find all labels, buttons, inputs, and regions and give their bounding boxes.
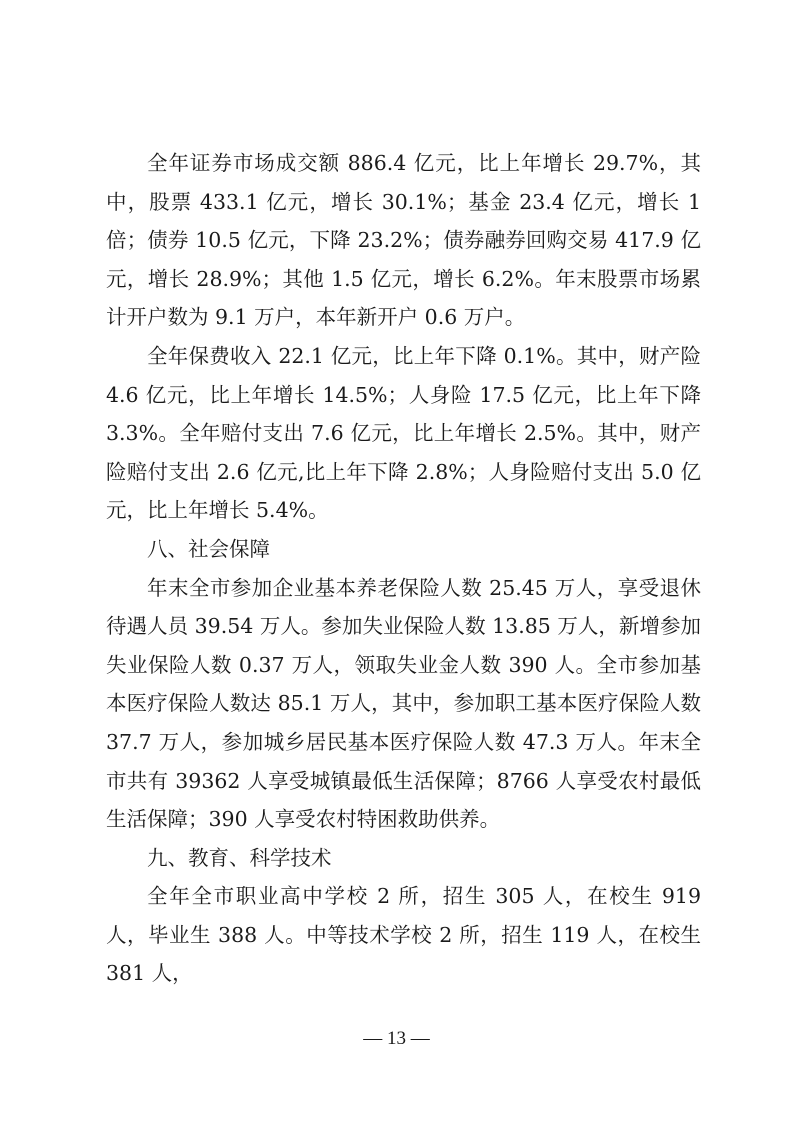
- paragraph-securities: 全年证券市场成交额 886.4 亿元，比上年增长 29.7%，其中，股票 433…: [106, 144, 701, 337]
- page-number: — 13 —: [0, 1028, 793, 1050]
- section-heading-education: 九、教育、科学技术: [106, 839, 701, 878]
- section-heading-social-security: 八、社会保障: [106, 530, 701, 569]
- paragraph-insurance: 全年保费收入 22.1 亿元，比上年下降 0.1%。其中，财产险 4.6 亿元，…: [106, 337, 701, 530]
- paragraph-education: 全年全市职业高中学校 2 所，招生 305 人，在校生 919 人，毕业生 38…: [106, 877, 701, 993]
- document-body: 全年证券市场成交额 886.4 亿元，比上年增长 29.7%，其中，股票 433…: [106, 144, 701, 993]
- paragraph-social-security: 年末全市参加企业基本养老保险人数 25.45 万人，享受退休待遇人员 39.54…: [106, 569, 701, 839]
